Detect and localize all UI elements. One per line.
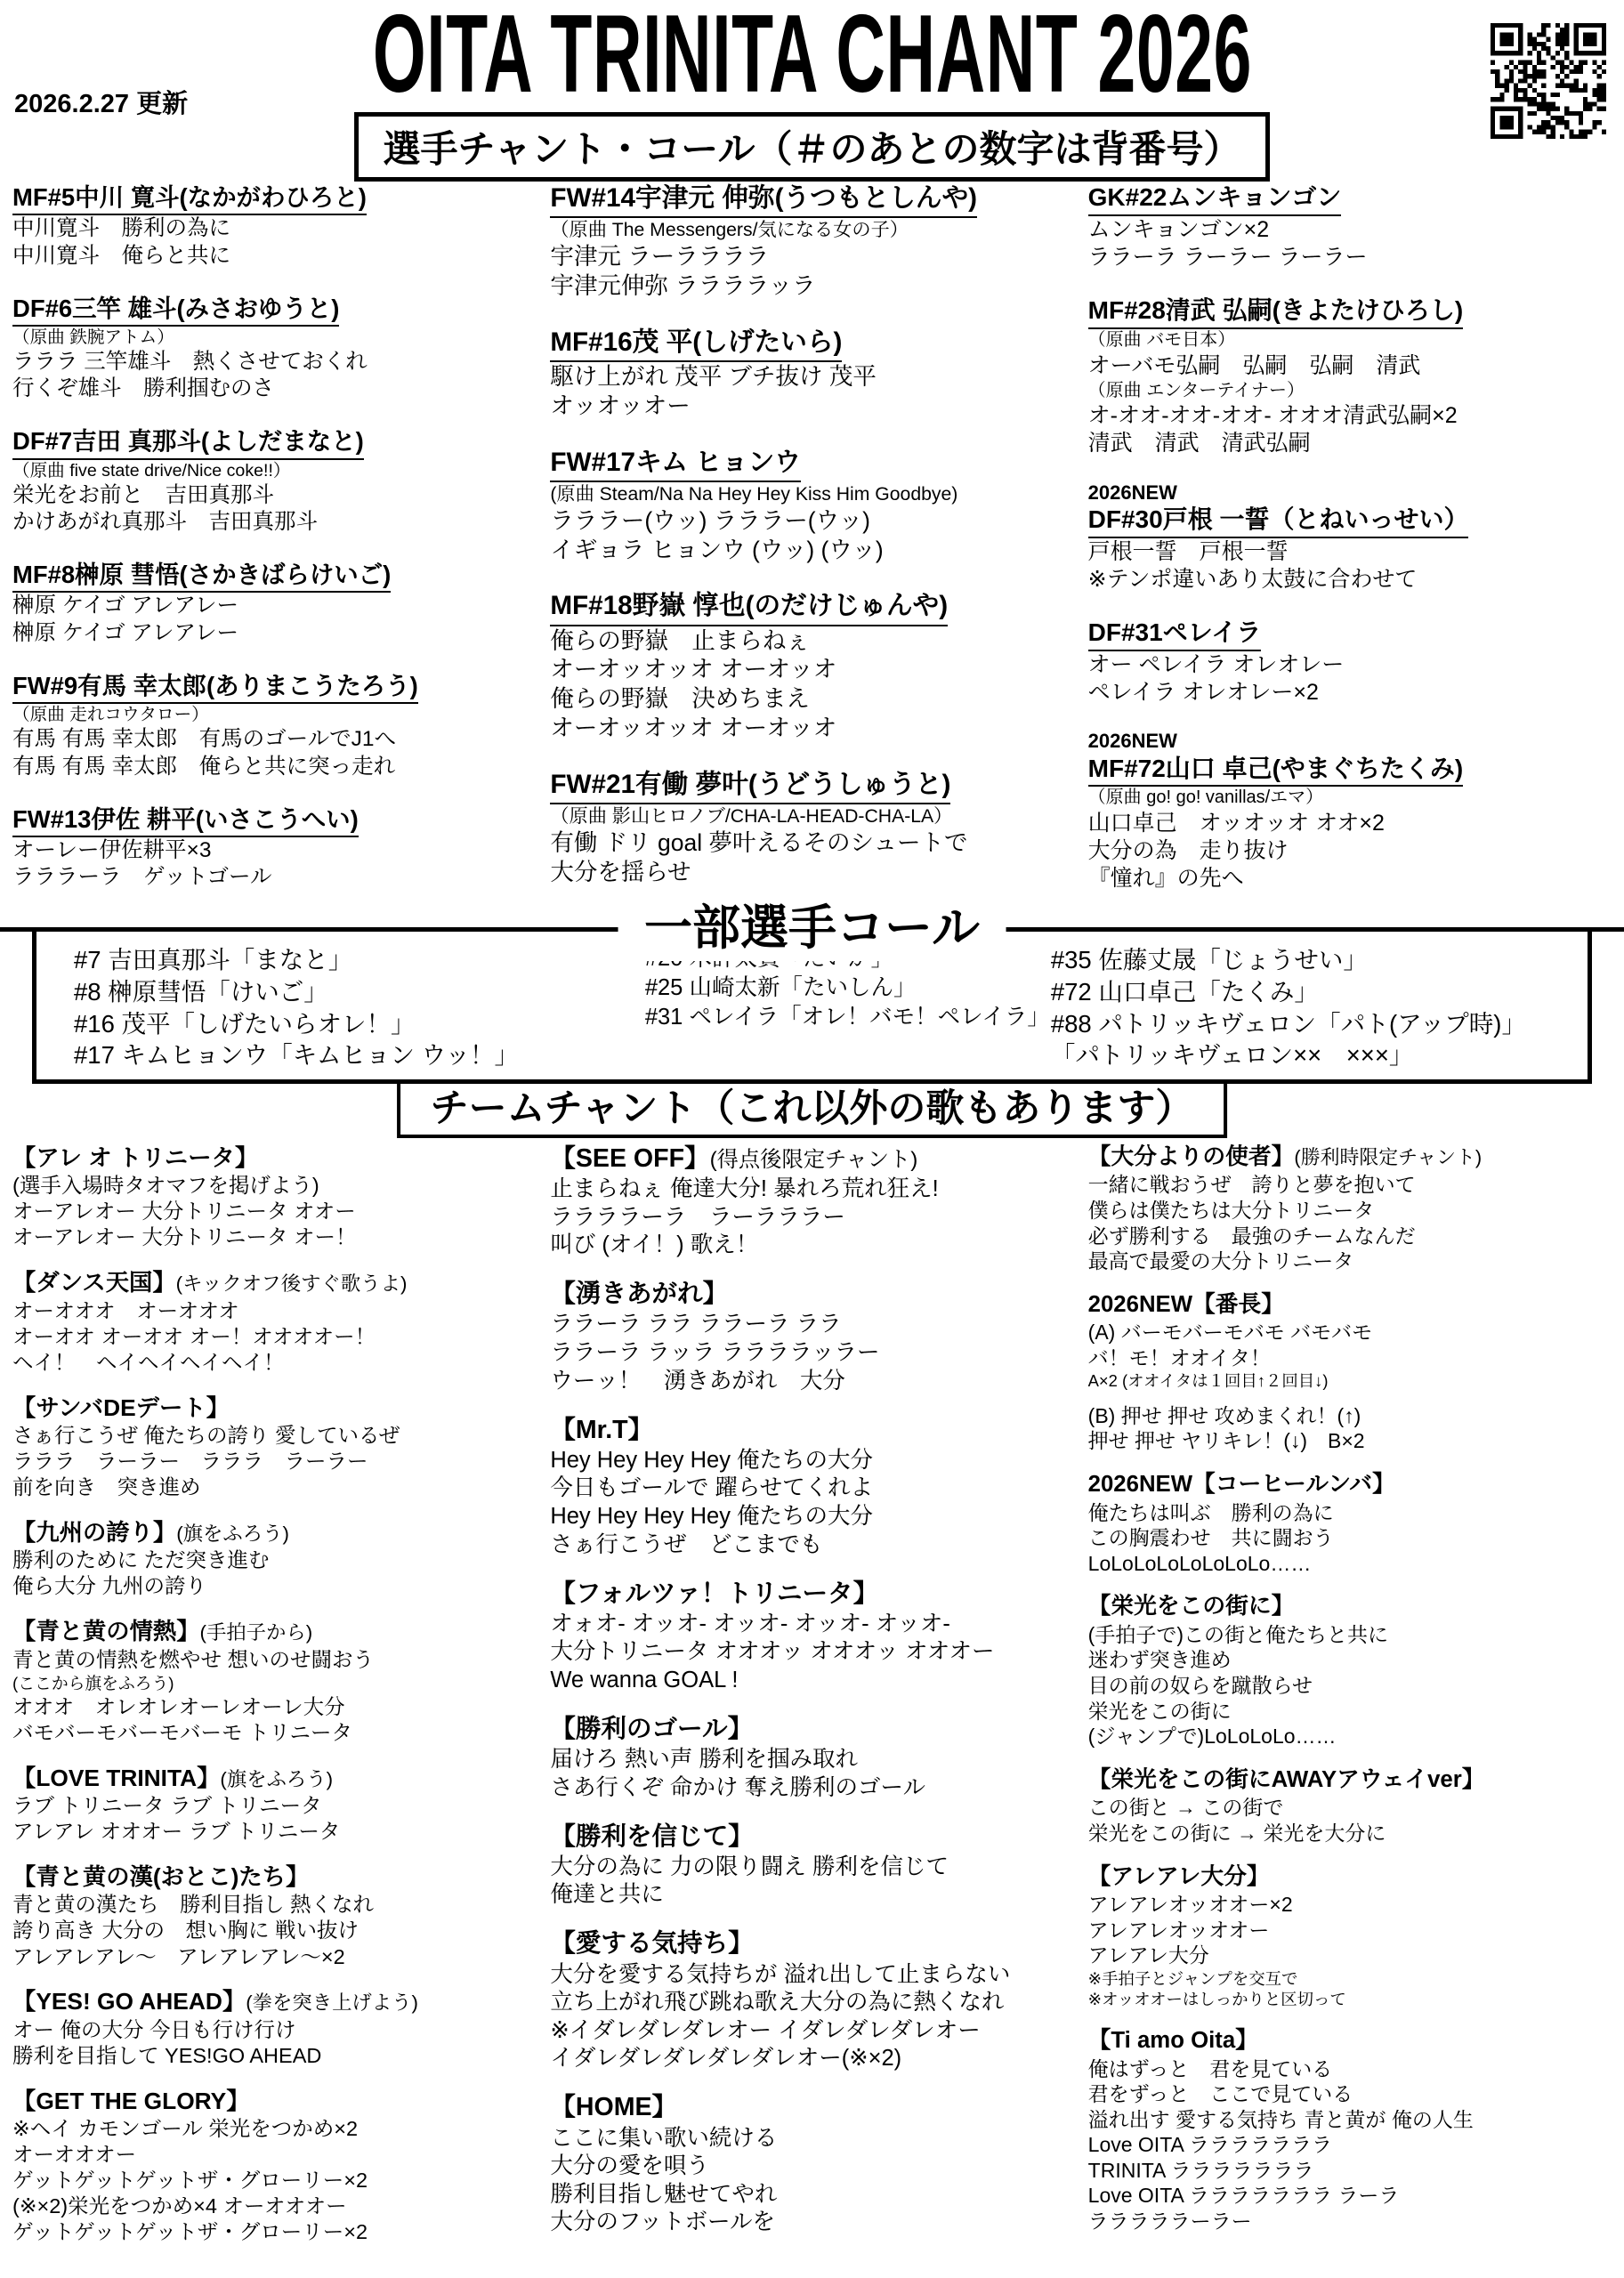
chant-line: 駆け上がれ 茂平 ブチ抜け 茂平 <box>550 362 1073 392</box>
team-chant-note: (得点後限定チャント) <box>710 1148 918 1172</box>
team-chant-heading: 2026NEW【コーヒールンバ】 <box>1088 1470 1612 1499</box>
chant-line: オーレー伊佐耕平×3 <box>12 837 536 864</box>
team-chant-heading-text: 【サンバDEデート】 <box>12 1394 230 1421</box>
player-heading: MF#72山口 卓己(やまぐちたくみ) <box>1088 753 1612 788</box>
chant-line: 大分の為に 力の限り闘え 勝利を信じて <box>550 1854 1073 1882</box>
chant-line: 中川寛斗 勝利の為に <box>12 215 536 242</box>
chant-line: ※テンポ違いあり太鼓に合わせて <box>1088 566 1612 594</box>
team-chant-entry: 2026NEW【コーヒールンバ】俺たちは叫ぶ 勝利の為にこの胸震わせ 共に闘おう… <box>1088 1470 1612 1576</box>
team-chant-entry: 【HOME】ここに集い歌い続ける大分の愛を唄う勝利目指し魅せてやれ大分のフットボ… <box>550 2091 1073 2237</box>
chant-line: 必ず勝利する 最強のチームなんだ <box>1088 1224 1612 1249</box>
team-chant-heading: 【青と黄の情熱】(手拍子から) <box>12 1616 536 1646</box>
chant-line: アレアレ大分 <box>1088 1943 1612 1968</box>
team-chant-heading: 【Ti amo Oita】 <box>1088 2026 1612 2056</box>
team-chant-heading-text: 【栄光をこの街にAWAYアウェイver】 <box>1088 1767 1485 1792</box>
chant-line: 清武 清武 清武弘嗣 <box>1088 430 1612 457</box>
chant-line: （原曲 go! go! vanillas/エマ） <box>1088 787 1612 810</box>
chant-line: (選手入場時タオマフを掲げよう) <box>12 1173 536 1199</box>
chant-line: オォオ- オッオ- オッオ- オッオ- オッオ- <box>550 1611 1073 1639</box>
team-chant-heading-text: 【大分よりの使者】 <box>1088 1144 1295 1169</box>
team-chant-entry: 【アレアレ大分】アレアレオッオオー×2アレアレオッオオーアレアレ大分※手拍子とジ… <box>1088 1862 1612 2010</box>
player-chant-entry: MF#16茂 平(しげたいら)駆け上がれ 茂平 ブチ抜け 茂平オッオッオー <box>550 326 1073 421</box>
player-heading-text: MF#8榊原 彗悟(さかきばらけいご) <box>12 559 391 593</box>
chant-line: 一緒に戦おうぜ 誇りと夢を抱いて <box>1088 1172 1612 1198</box>
player-heading: FW#13伊佐 耕平(いさこうへい) <box>12 804 536 837</box>
player-chant-entry: 2026NEWMF#72山口 卓己(やまぐちたくみ)（原曲 go! go! va… <box>1088 730 1612 893</box>
chant-line: 勝利を目指して YES!GO AHEAD <box>12 2043 536 2069</box>
player-heading: DF#6三竿 雄斗(みさおゆうと) <box>12 293 536 327</box>
new-tag: 2026NEW <box>1088 730 1612 752</box>
chant-line: ※イダレダレダレオー イダレダレダレオー <box>550 2017 1073 2046</box>
player-heading-text: FW#9有馬 幸太郎(ありまこうたろう) <box>12 670 418 704</box>
chant-line: 前を向き 突き進め <box>12 1474 536 1500</box>
chant-line: ムンキョンゴン×2 <box>1088 216 1612 244</box>
player-chant-entry: 2026NEWDF#30戸根 一誓（とねいっせい）戸根一誓 戸根一誓※テンポ違い… <box>1088 481 1612 594</box>
player-heading: MF#28清武 弘嗣(きよたけひろし) <box>1088 295 1612 329</box>
team-chant-heading: 【栄光をこの街にAWAYアウェイver】 <box>1088 1765 1612 1795</box>
team-chant-heading: 【HOME】 <box>550 2091 1073 2124</box>
player-call-item: #88 パトリッキヴェロン「パト(アップ時)」 <box>1051 1008 1577 1040</box>
chant-line: ラララーラ ゲットゴール <box>12 864 536 891</box>
chant-line: ここに集い歌い続ける <box>550 2125 1073 2153</box>
team-chant-heading: 2026NEW【番長】 <box>1088 1290 1612 1320</box>
team-chant-entry: 【GET THE GLORY】※ヘイ カモンゴール 栄光をつかめ×2オーオオオー… <box>12 2086 536 2246</box>
team-chant-entry: 【大分よりの使者】(勝利時限定チャント)一緒に戦おうぜ 誇りと夢を抱いて僕らは僕… <box>1088 1143 1612 1274</box>
team-chant-entry: 【Ti amo Oita】俺はずっと 君を見ている君をずっと ここで見ている溢れ… <box>1088 2026 1612 2234</box>
team-chant-entry: 2026NEW【番長】(A) バーモバーモバモ バモバモバ！モ！オオイタ！A×2… <box>1088 1290 1612 1454</box>
team-chant-note: (勝利時限定チャント) <box>1294 1146 1482 1168</box>
chant-line: イギョラ ヒョンウ (ウッ) (ウッ) <box>550 536 1073 565</box>
chant-line: ラララ ラーラー ラララ ラーラー <box>12 1449 536 1474</box>
chant-line: バ！モ！オオイタ！ <box>1088 1345 1612 1371</box>
chant-line: 青と黄の情熱を燃やせ 想いのせ闘おう <box>12 1647 536 1673</box>
team-chant-entry: 【青と黄の情熱】(手拍子から)青と黄の情熱を燃やせ 想いのせ闘おう(ここから旗を… <box>12 1616 536 1746</box>
team-chant-heading-text: 【アレ オ トリニータ】 <box>12 1144 258 1171</box>
chant-line: （原曲 走れコウタロー） <box>12 704 536 726</box>
team-chant-heading-text: 【栄光をこの街に】 <box>1088 1594 1295 1619</box>
chant-line: 宇津元 ラーララララ <box>550 242 1073 271</box>
player-chant-column-1: MF#5中川 寛斗(なかがわひろと)中川寛斗 勝利の為に中川寛斗 俺らと共にDF… <box>12 182 536 924</box>
chant-line: 戸根一誓 戸根一誓 <box>1088 538 1612 566</box>
player-call-item: #35 佐藤丈晟「じょうせい」 <box>1051 944 1577 976</box>
player-chant-column-3: GK#22ムンキョンゴンムンキョンゴン×2ララーラ ラーラー ラーラーMF#28… <box>1088 182 1612 924</box>
player-chant-entry: MF#28清武 弘嗣(きよたけひろし)（原曲 バモ日本）オーバモ弘嗣 弘嗣 弘嗣… <box>1088 295 1612 457</box>
team-chant-heading-text: 【Mr.T】 <box>550 1416 653 1444</box>
chant-line: (ジャンプで)LoLoLoLo…… <box>1088 1724 1612 1749</box>
team-chant-heading-text: 【湧きあがれ】 <box>550 1280 728 1308</box>
chant-line: 立ち上がれ飛び跳ね歌え大分の為に熱くなれ <box>550 1989 1073 2017</box>
team-chant-entry: 【青と黄の漢(おとこ)たち】青と黄の漢たち 勝利目指し 熱くなれ誇り高き 大分の… <box>12 1862 536 1970</box>
team-chant-note: (キックオフ後すぐ歌うよ) <box>176 1272 408 1295</box>
team-chant-heading: 【大分よりの使者】(勝利時限定チャント) <box>1088 1143 1612 1172</box>
player-call-title: 一部選手コール <box>618 896 1006 961</box>
player-call-item: #8 榊原彗悟「けいご」 <box>74 976 645 1008</box>
chant-line: 山口卓己 オッオッオ オオ×2 <box>1088 810 1612 837</box>
player-chant-entry: FW#17キム ヒョンウ(原曲 Steam/Na Na Hey Hey Kiss… <box>550 446 1073 565</box>
player-heading: MF#16茂 平(しげたいら) <box>550 326 1073 362</box>
team-chant-note: (旗をふろう) <box>220 1768 333 1790</box>
chant-line: （原曲 バモ日本） <box>1088 329 1612 352</box>
chant-line: 迷わず突き進め <box>1088 1647 1612 1673</box>
chant-line: 勝利目指し魅せてやれ <box>550 2181 1073 2209</box>
chant-line: オーバモ弘嗣 弘嗣 弘嗣 清武 <box>1088 352 1612 380</box>
chant-line: （原曲 five state drive/Nice coke!!） <box>12 460 536 482</box>
chant-line: 有働 ドリ goal 夢叶えるそのシュートで <box>550 828 1073 858</box>
chant-line: アレアレオッオオー <box>1088 1918 1612 1943</box>
chant-line: 榊原 ケイゴ アレアレー <box>12 620 536 647</box>
player-heading-text: DF#6三竿 雄斗(みさおゆうと) <box>12 293 339 327</box>
team-chant-heading: 【YES! GO AHEAD】(拳を突き上げよう) <box>12 1986 536 2016</box>
subtitle-box: 選手チャント・コール（＃のあとの数字は背番号） <box>354 112 1271 182</box>
chant-line: 大分を愛する気持ちが 溢れ出して止まらない <box>550 1961 1073 1990</box>
chant-line: さぁ行こうぜ 俺たちの誇り 愛しているぜ <box>12 1423 536 1449</box>
team-chant-heading-text: 【九州の誇り】 <box>12 1519 176 1546</box>
qr-code-icon <box>1491 23 1606 139</box>
player-chant-entry: MF#18野嶽 惇也(のだけじゅんや)俺らの野嶽 止まらねぇオーオッオッオ オー… <box>550 589 1073 743</box>
chant-line: 有馬 有馬 幸太郎 俺らと共に突っ走れ <box>12 754 536 780</box>
team-chant-note: (拳を突き上げよう) <box>246 1991 418 2014</box>
player-heading: DF#7吉田 真那斗(よしだまなと) <box>12 425 536 459</box>
team-chant-entry: 【フォルツァ！トリニータ】オォオ- オッオ- オッオ- オッオ- オッオ-大分ト… <box>550 1578 1073 1695</box>
chant-line: オーアレオー 大分トリニータ オー！ <box>12 1224 536 1250</box>
team-chant-entry: 【SEE OFF】(得点後限定チャント)止まらねぇ 俺達大分! 暴れろ荒れ狂え!… <box>550 1143 1073 1260</box>
player-heading-text: DF#7吉田 真那斗(よしだまなと) <box>12 425 364 459</box>
chant-line: Love OITA ラララララララ <box>1088 2132 1612 2158</box>
player-chant-entry: FW#14宇津元 伸弥(うつもとしんや)（原曲 The Messengers/気… <box>550 182 1073 301</box>
chant-line: 行くぞ雄斗 勝利掴むのさ <box>12 376 536 402</box>
chant-line: 俺らの野嶽 止まらねぇ <box>550 626 1073 656</box>
player-heading-text: MF#16茂 平(しげたいら) <box>550 326 842 362</box>
chant-line: オーオオ オーオオ オー！オオオオー！ <box>12 1324 536 1350</box>
player-chant-entry: FW#13伊佐 耕平(いさこうへい)オーレー伊佐耕平×3ラララーラ ゲットゴール <box>12 804 536 892</box>
chant-line: オーオオオー <box>12 2142 536 2168</box>
chant-line: Hey Hey Hey Hey 俺たちの大分 <box>550 1447 1073 1475</box>
team-chant-heading-text: 【フォルツァ！トリニータ】 <box>550 1579 878 1608</box>
team-chant-heading-text: 【GET THE GLORY】 <box>12 2088 250 2114</box>
team-chant-heading: 【Mr.T】 <box>550 1414 1073 1447</box>
chant-line: イダレダレダレダレダレオー(※×2) <box>550 2045 1073 2073</box>
chant-line: オーオオオ オーオオオ <box>12 1298 536 1324</box>
player-heading-text: FW#13伊佐 耕平(いさこうへい) <box>12 804 359 837</box>
team-chant-heading: 【LOVE TRINITA】(旗をふろう) <box>12 1763 536 1793</box>
team-chant-note: (手拍子から) <box>200 1621 313 1644</box>
chant-line: 大分トリニータ オオオッ オオオッ オオオー <box>550 1638 1073 1667</box>
chant-line: ラララー(ウッ) ラララー(ウッ) <box>550 506 1073 536</box>
chant-line: 俺はずっと 君を見ている <box>1088 2056 1612 2082</box>
team-chant-entry: 【愛する気持ち】大分を愛する気持ちが 溢れ出して止まらない立ち上がれ飛び跳ね歌え… <box>550 1927 1073 2073</box>
player-heading: FW#21有働 夢叶(うどうしゅうと) <box>550 768 1073 804</box>
chant-line: 目の前の奴らを蹴散らせ <box>1088 1673 1612 1699</box>
player-call-column-2: #20 木許太賀「たいが」#25 山崎太新「たいしん」#31 ペレイラ「オレ！バ… <box>645 944 1051 1072</box>
team-chant-heading-text: 【アレアレ大分】 <box>1088 1864 1270 1889</box>
team-chant-entry: 【九州の誇り】(旗をふろう)勝利のために ただ突き進む俺ら大分 九州の誇り <box>12 1517 536 1599</box>
team-chant-entry: 【アレ オ トリニータ】(選手入場時タオマフを掲げよう)オーアレオー 大分トリニ… <box>12 1143 536 1251</box>
player-chant-entry: DF#7吉田 真那斗(よしだまなと)（原曲 five state drive/N… <box>12 425 536 536</box>
chant-line: ヘイ！ ヘイヘイヘイヘイ！ <box>12 1350 536 1376</box>
chant-line: Hey Hey Hey Hey 俺たちの大分 <box>550 1503 1073 1531</box>
team-chant-heading: 【SEE OFF】(得点後限定チャント) <box>550 1143 1073 1175</box>
chant-line: ゲットゲットゲットザ・グローリー×2 <box>12 2168 536 2193</box>
chant-line: Love OITA ラララララララ ラーラ <box>1088 2183 1612 2209</box>
chant-line: We wanna GOAL ! <box>550 1667 1073 1695</box>
team-chant-heading: 【サンバDEデート】 <box>12 1393 536 1423</box>
player-call-item: #17 キムヒョンウ「キムヒョン ウッ！」 <box>74 1039 645 1071</box>
team-chant-heading-text: 【Ti amo Oita】 <box>1088 2028 1258 2053</box>
chant-line: オオオ オレオレオーレオーレ大分 <box>12 1694 536 1720</box>
player-chants-section: MF#5中川 寛斗(なかがわひろと)中川寛斗 勝利の為に中川寛斗 俺らと共にDF… <box>12 182 1612 924</box>
chant-line: （原曲 鉄腕アトム） <box>12 327 536 349</box>
team-chant-heading-text: 【SEE OFF】 <box>550 1144 709 1173</box>
chant-line: オーオッオッオ オーオッオ <box>550 655 1073 684</box>
chant-line: ラララララーラー <box>1088 2209 1612 2234</box>
player-chant-entry: DF#6三竿 雄斗(みさおゆうと)（原曲 鉄腕アトム）ラララ 三竿雄斗 熱くさせ… <box>12 293 536 403</box>
team-chant-entry: 【Mr.T】Hey Hey Hey Hey 俺たちの大分今日もゴールで 躍らせて… <box>550 1414 1073 1560</box>
chant-line: かけあがれ真那斗 吉田真那斗 <box>12 509 536 536</box>
chant-line: 僕らは僕たちは大分トリニータ <box>1088 1198 1612 1224</box>
chant-line: 大分を揺らせ <box>550 858 1073 887</box>
team-chant-heading: 【GET THE GLORY】 <box>12 2086 536 2116</box>
chant-line: 最高で最愛の大分トリニータ <box>1088 1248 1612 1274</box>
chant-line: (B) 押せ 押せ 攻めまくれ！(↑) <box>1088 1403 1612 1429</box>
team-chant-heading-text: 【青と黄の漢(おとこ)たち】 <box>12 1863 309 1890</box>
chant-line: ウーッ！ 湧きあがれ 大分 <box>550 1368 1073 1396</box>
team-chant-note: (旗をふろう) <box>176 1523 289 1545</box>
chant-line: (原曲 Steam/Na Na Hey Hey Kiss Him Goodbye… <box>550 482 1073 506</box>
chant-line: (手拍子で)この街と俺たちと共に <box>1088 1622 1612 1648</box>
player-heading-text: MF#18野嶽 惇也(のだけじゅんや) <box>550 589 948 626</box>
player-heading: FW#14宇津元 伸弥(うつもとしんや) <box>550 182 1073 218</box>
chant-line: アレアレオッオオー×2 <box>1088 1892 1612 1918</box>
chant-line: ララララーラ ラーラララー <box>550 1204 1073 1232</box>
player-heading-text: FW#17キム ヒョンウ <box>550 446 801 482</box>
team-chant-heading-text: 2026NEW【コーヒールンバ】 <box>1088 1472 1395 1497</box>
team-chants-section: 【アレ オ トリニータ】(選手入場時タオマフを掲げよう)オーアレオー 大分トリニ… <box>12 1143 1612 2273</box>
chant-line: アレアレ オオオー ラブ トリニータ <box>12 1819 536 1845</box>
chant-sheet-page: 2026.2.27 更新 OITA TRINITA CHANT 2026 選手チ… <box>0 0 1624 2278</box>
player-heading: DF#30戸根 一誓（とねいっせい） <box>1088 504 1612 538</box>
chant-line: 大分の愛を唄う <box>550 2153 1073 2181</box>
chant-line: （原曲 エンターテイナー） <box>1088 380 1612 403</box>
player-call-item: #31 ペレイラ「オレ！バモ！ペレイラ」 <box>645 1003 1051 1032</box>
chant-line: オーオッオッオ オーオッオ <box>550 714 1073 743</box>
chant-line: (A) バーモバーモバモ バモバモ <box>1088 1320 1612 1345</box>
chant-line: A×2 (オオイタは１回目↑２回目↓) <box>1088 1370 1612 1392</box>
chant-line: 有馬 有馬 幸太郎 有馬のゴールでJ1へ <box>12 726 536 753</box>
player-call-column-3: #35 佐藤丈晟「じょうせい」#72 山口卓己「たくみ」#88 パトリッキヴェロ… <box>1051 944 1577 1072</box>
chant-line: ※オッオオーはしっかりと区切って <box>1088 1989 1612 2010</box>
chant-line: 俺ら大分 九州の誇り <box>12 1573 536 1599</box>
team-chant-heading: 【九州の誇り】(旗をふろう) <box>12 1517 536 1547</box>
player-call-column-1: #7 吉田真那斗「まなと」#8 榊原彗悟「けいご」#16 茂平「しげたいらオレ！… <box>74 944 645 1072</box>
team-chant-heading: 【愛する気持ち】 <box>550 1927 1073 1960</box>
team-chant-heading: 【湧きあがれ】 <box>550 1278 1073 1311</box>
team-chant-column-1: 【アレ オ トリニータ】(選手入場時タオマフを掲げよう)オーアレオー 大分トリニ… <box>12 1143 536 2273</box>
chant-line <box>1088 1392 1612 1403</box>
chant-line: ラブ トリニータ ラブ トリニータ <box>12 1793 536 1819</box>
team-chant-entry: 【サンバDEデート】さぁ行こうぜ 俺たちの誇り 愛しているぜラララ ラーラー ラ… <box>12 1393 536 1501</box>
chant-line: アレアレアレ〜 アレアレアレ〜×2 <box>12 1944 536 1970</box>
team-chant-heading-text: 【ダンス天国】 <box>12 1269 176 1296</box>
chant-line: オーアレオー 大分トリニータ オオー <box>12 1199 536 1224</box>
team-chant-heading-text: 【青と黄の情熱】 <box>12 1618 200 1644</box>
player-chant-column-2: FW#14宇津元 伸弥(うつもとしんや)（原曲 The Messengers/気… <box>550 182 1073 924</box>
player-heading-text: MF#28清武 弘嗣(きよたけひろし) <box>1088 295 1464 329</box>
chant-line: オー 俺の大分 今日も行け行け <box>12 2017 536 2043</box>
chant-line: 今日もゴールで 躍らせてくれよ <box>550 1474 1073 1503</box>
player-heading: MF#18野嶽 惇也(のだけじゅんや) <box>550 589 1073 626</box>
team-chant-heading: 【アレ オ トリニータ】 <box>12 1143 536 1173</box>
player-heading: DF#31ペレイラ <box>1088 617 1612 651</box>
chant-line: 俺達と共に <box>550 1881 1073 1910</box>
chant-line: ※ヘイ カモンゴール 栄光をつかめ×2 <box>12 2116 536 2142</box>
chant-line: 溢れ出す 愛する気持ち 青と黄が 俺の人生 <box>1088 2107 1612 2133</box>
player-heading-text: DF#31ペレイラ <box>1088 617 1262 651</box>
team-chant-heading: 【青と黄の漢(おとこ)たち】 <box>12 1862 536 1892</box>
player-chant-entry: GK#22ムンキョンゴンムンキョンゴン×2ララーラ ラーラー ラーラー <box>1088 182 1612 271</box>
player-heading: MF#8榊原 彗悟(さかきばらけいご) <box>12 559 536 593</box>
chant-line: オー ペレイラ オレオレー <box>1088 651 1612 679</box>
chant-line: 宇津元伸弥 ララララッラ <box>550 271 1073 301</box>
chant-line: ララーラ ラーラー ラーラー <box>1088 244 1612 271</box>
team-chant-entry: 【ダンス天国】(キックオフ後すぐ歌うよ)オーオオオ オーオオオオーオオ オーオオ… <box>12 1267 536 1376</box>
team-chant-heading: 【勝利を信じて】 <box>550 1821 1073 1854</box>
chant-line: 押せ 押せ ヤリキレ！(↓) B×2 <box>1088 1428 1612 1454</box>
chant-line: さぁ行こうぜ どこまでも <box>550 1531 1073 1560</box>
player-heading-text: MF#72山口 卓己(やまぐちたくみ) <box>1088 753 1464 788</box>
chant-line: 榊原 ケイゴ アレアレー <box>12 593 536 619</box>
chant-line: オ-オオ-オオ-オオ- オオオ清武弘嗣×2 <box>1088 402 1612 430</box>
team-chant-entry: 【勝利のゴール】届けろ 熱い声 勝利を掴み取れさあ行くぞ 命かけ 奪え勝利のゴー… <box>550 1713 1073 1802</box>
team-chant-column-2: 【SEE OFF】(得点後限定チャント)止まらねぇ 俺達大分! 暴れろ荒れ狂え!… <box>550 1143 1073 2273</box>
chant-line: TRINITA ラララララララ <box>1088 2158 1612 2184</box>
player-chant-entry: MF#8榊原 彗悟(さかきばらけいご)榊原 ケイゴ アレアレー榊原 ケイゴ アレ… <box>12 559 536 647</box>
player-heading: FW#9有馬 幸太郎(ありまこうたろう) <box>12 670 536 704</box>
page-title: OITA TRINITA CHANT 2026 <box>0 0 1624 112</box>
chant-line: ※手拍子とジャンプを交互で <box>1088 1968 1612 1990</box>
team-chant-heading: 【栄光をこの街に】 <box>1088 1592 1612 1621</box>
team-chant-column-3: 【大分よりの使者】(勝利時限定チャント)一緒に戦おうぜ 誇りと夢を抱いて僕らは僕… <box>1088 1143 1612 2273</box>
player-call-item: 「パトリッキヴェロン×× ×××」 <box>1051 1039 1577 1071</box>
team-chant-entry: 【勝利を信じて】大分の為に 力の限り闘え 勝利を信じて俺達と共に <box>550 1821 1073 1910</box>
player-heading-text: MF#5中川 寛斗(なかがわひろと) <box>12 182 367 215</box>
player-heading: FW#17キム ヒョンウ <box>550 446 1073 482</box>
player-heading-text: FW#21有働 夢叶(うどうしゅうと) <box>550 768 950 804</box>
team-chant-heading: 【勝利のゴール】 <box>550 1713 1073 1746</box>
chant-line: 止まらねぇ 俺達大分! 暴れろ荒れ狂え! <box>550 1175 1073 1204</box>
chant-line: ララーラ ララ ララーラ ララ <box>550 1311 1073 1339</box>
team-chant-entry: 【栄光をこの街に】(手拍子で)この街と俺たちと共に迷わず突き進め目の前の奴らを蹴… <box>1088 1592 1612 1749</box>
player-chant-entry: FW#9有馬 幸太郎(ありまこうたろう)（原曲 走れコウタロー）有馬 有馬 幸太… <box>12 670 536 780</box>
player-call-item: #25 山崎太新「たいしん」 <box>645 973 1051 1003</box>
chant-line: 誇り高き 大分の 想い胸に 戦い抜け <box>12 1918 536 1943</box>
chant-line: 栄光をこの街に → 栄光を大分に <box>1088 1821 1612 1846</box>
chant-line: 届けろ 熱い声 勝利を掴み取れ <box>550 1746 1073 1774</box>
player-heading-text: FW#14宇津元 伸弥(うつもとしんや) <box>550 182 977 218</box>
new-tag: 2026NEW <box>1088 481 1612 504</box>
chant-line: 中川寛斗 俺らと共に <box>12 243 536 270</box>
chant-line: 大分のフットボールを <box>550 2209 1073 2237</box>
player-chant-entry: FW#21有働 夢叶(うどうしゅうと)（原曲 影山ヒロノブ/CHA-LA-HEA… <box>550 768 1073 887</box>
chant-line: ラララ 三竿雄斗 熱くさせておくれ <box>12 349 536 376</box>
chant-line: 勝利のために ただ突き進む <box>12 1547 536 1573</box>
subtitle-text: 選手チャント・コール（＃のあとの数字は背番号） <box>384 128 1241 170</box>
chant-line: 青と黄の漢たち 勝利目指し 熱くなれ <box>12 1892 536 1918</box>
team-chant-entry: 【LOVE TRINITA】(旗をふろう)ラブ トリニータ ラブ トリニータアレ… <box>12 1763 536 1845</box>
player-call-box: 一部選手コール #7 吉田真那斗「まなと」#8 榊原彗悟「けいご」#16 茂平「… <box>32 927 1592 1084</box>
team-chant-heading: 【フォルツァ！トリニータ】 <box>550 1578 1073 1611</box>
chant-line: この胸震わせ 共に闘おう <box>1088 1525 1612 1551</box>
chant-line: (ここから旗をふろう) <box>12 1673 536 1694</box>
team-chant-heading-text: 【HOME】 <box>550 2093 677 2121</box>
team-chant-heading: 【ダンス天国】(キックオフ後すぐ歌うよ) <box>12 1267 536 1297</box>
player-call-item: #72 山口卓己「たくみ」 <box>1051 976 1577 1008</box>
team-chant-heading-text: 【YES! GO AHEAD】 <box>12 1988 246 2015</box>
player-heading-text: DF#30戸根 一誓（とねいっせい） <box>1088 504 1469 538</box>
player-heading: MF#5中川 寛斗(なかがわひろと) <box>12 182 536 215</box>
team-chant-heading-text: 【愛する気持ち】 <box>550 1929 753 1958</box>
chant-line: 俺たちは叫ぶ 勝利の為に <box>1088 1500 1612 1526</box>
team-chant-heading-text: 【勝利のゴール】 <box>550 1715 753 1743</box>
team-chant-heading-text: 【LOVE TRINITA】 <box>12 1765 220 1791</box>
page-title-text: OITA TRINITA CHANT 2026 <box>372 0 1251 112</box>
team-chant-title: チームチャント（これ以外の歌もあります） <box>431 1087 1194 1130</box>
chant-line: ペレイラ オレオレー×2 <box>1088 679 1612 707</box>
team-chant-entry: 【YES! GO AHEAD】(拳を突き上げよう)オー 俺の大分 今日も行け行け… <box>12 1986 536 2068</box>
player-call-item: #16 茂平「しげたいらオレ！」 <box>74 1008 645 1040</box>
player-heading: GK#22ムンキョンゴン <box>1088 182 1612 216</box>
player-chant-entry: MF#5中川 寛斗(なかがわひろと)中川寛斗 勝利の為に中川寛斗 俺らと共に <box>12 182 536 270</box>
team-chant-heading-text: 2026NEW【番長】 <box>1088 1292 1284 1317</box>
chant-line: （原曲 影山ヒロノブ/CHA-LA-HEAD-CHA-LA） <box>550 804 1073 828</box>
chant-line: ゲットゲットゲットザ・グローリー×2 <box>12 2219 536 2245</box>
chant-line: 『憧れ』の先へ <box>1088 865 1612 893</box>
player-call-item: #7 吉田真那斗「まなと」 <box>74 944 645 976</box>
chant-line: さあ行くぞ 命かけ 奪え勝利のゴール <box>550 1774 1073 1803</box>
chant-line: (※×2)栄光をつかめ×4 オーオオオー <box>12 2193 536 2219</box>
chant-line: LoLoLoLoLoLoLoLo…… <box>1088 1551 1612 1577</box>
player-chant-entry: DF#31ペレイラオー ペレイラ オレオレーペレイラ オレオレー×2 <box>1088 617 1612 707</box>
chant-line: オッオッオー <box>550 392 1073 421</box>
chant-line: 俺らの野嶽 決めちまえ <box>550 684 1073 714</box>
player-heading-text: GK#22ムンキョンゴン <box>1088 182 1342 216</box>
team-chant-heading-text: 【勝利を信じて】 <box>550 1822 753 1851</box>
team-chant-heading: 【アレアレ大分】 <box>1088 1862 1612 1892</box>
chant-line: （原曲 The Messengers/気になる女の子） <box>550 218 1073 242</box>
team-chant-entry: 【湧きあがれ】ララーラ ララ ララーラ ララララーラ ラッラ ララララッラーウー… <box>550 1278 1073 1395</box>
chant-line: 君をずっと ここで見ている <box>1088 2081 1612 2107</box>
chant-line: ララーラ ラッラ ララララッラー <box>550 1339 1073 1368</box>
chant-line: バモバーモバーモバーモ トリニータ <box>12 1720 536 1746</box>
chant-line: 栄光をお前と 吉田真那斗 <box>12 482 536 509</box>
chant-line: 栄光をこの街に <box>1088 1699 1612 1725</box>
team-chant-entry: 【栄光をこの街にAWAYアウェイver】この街と → この街で栄光をこの街に →… <box>1088 1765 1612 1846</box>
chant-line: 大分の為 走り抜け <box>1088 837 1612 865</box>
chant-line: この街と → この街で <box>1088 1795 1612 1821</box>
chant-line: 叫び (オイ！) 歌え！ <box>550 1232 1073 1260</box>
